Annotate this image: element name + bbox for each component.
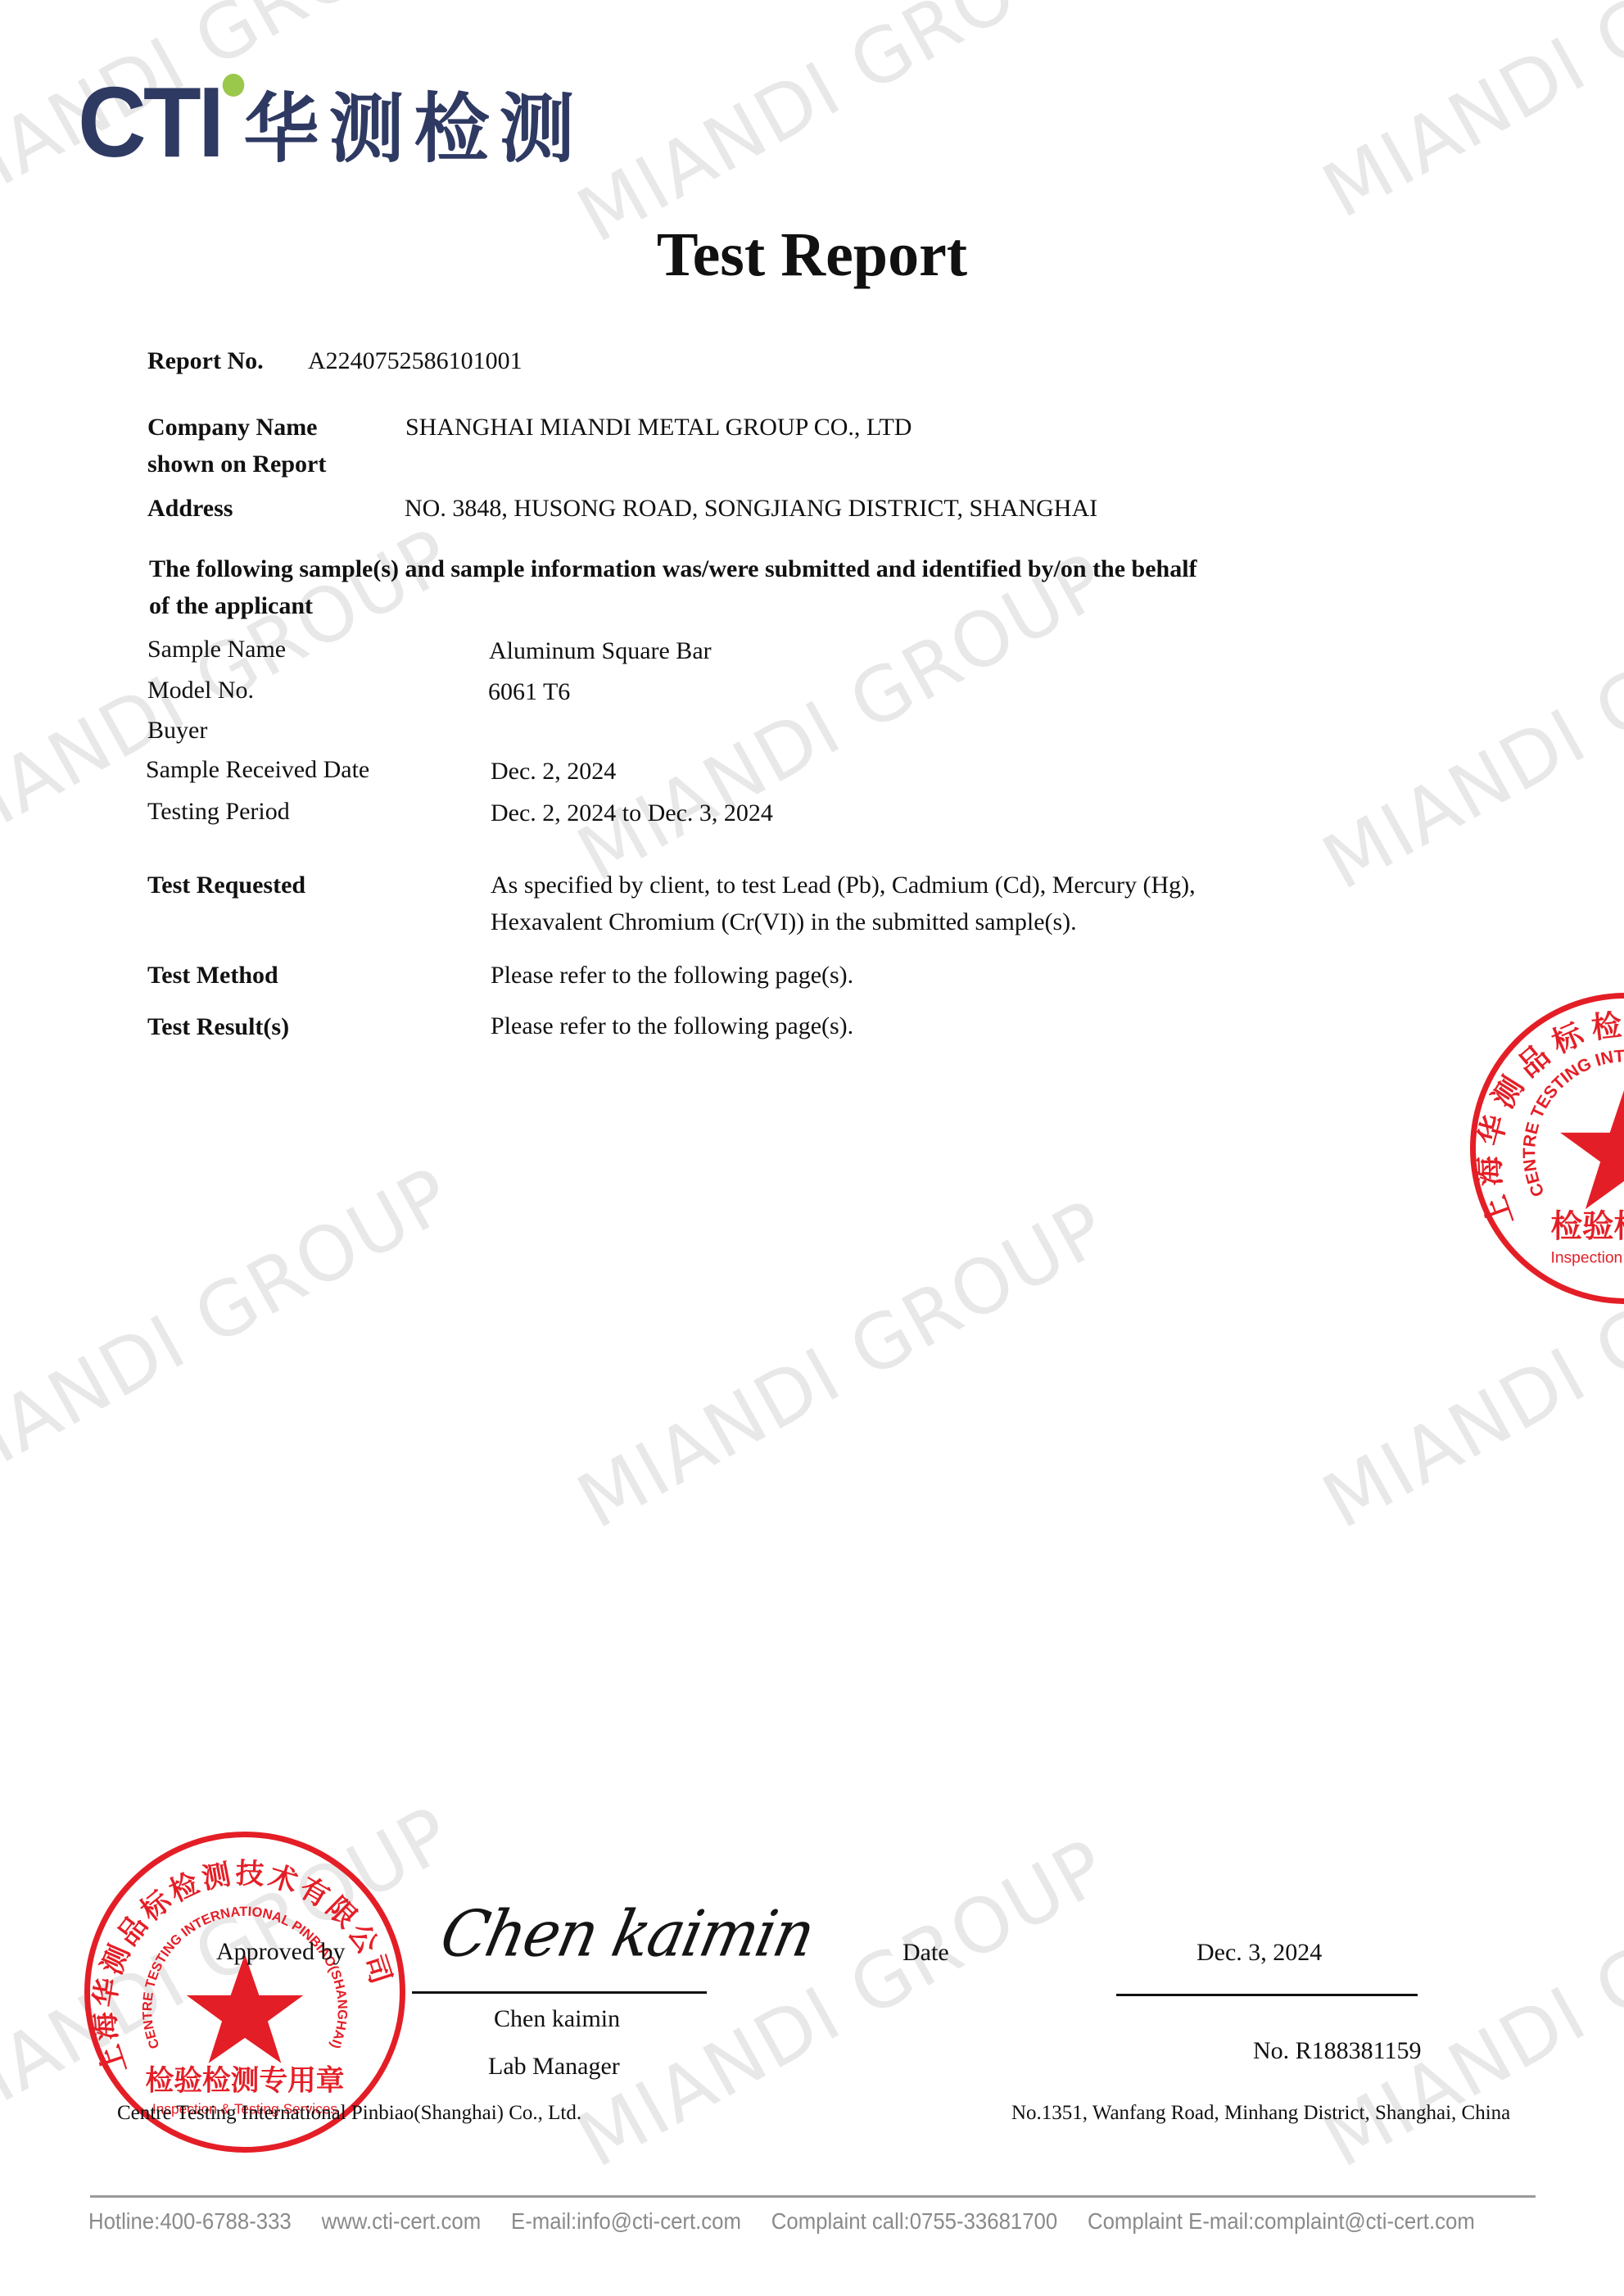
report-no-label: Report No. [147,347,264,375]
test-results-label: Test Result(s) [147,1013,289,1041]
sample-name-label: Sample Name [147,636,286,663]
footer-complaint-call: Complaint call:0755-33681700 [771,2208,1057,2235]
seal-stamp-graphic: 上海华测品标检测技术有限公司 CENTRE TESTING INTERNATIO… [90,1837,400,2147]
svg-text:检验检测专用章: 检验检测专用章 [146,2064,345,2098]
sample-received-date-value: Dec. 2, 2024 [491,758,616,786]
test-results-value: Please refer to the following page(s). [491,1012,853,1040]
watermark: MIANDI GROUP [563,1183,1122,1546]
page-title: Test Report [0,220,1624,291]
footer-divider [90,2195,1536,2198]
footer-website: www.cti-cert.com [322,2208,482,2235]
svg-text:Inspection & Testing Services: Inspection & Testing Services [1551,1250,1624,1267]
watermark: MIANDI GROUP [1309,544,1624,907]
svg-text:检验检测: 检验检测 [1551,1208,1624,1245]
footer-email: E-mail:info@cti-cert.com [511,2208,741,2235]
signature-line [412,1991,707,1994]
logo-chinese-text: 华测检测 [244,92,585,172]
approved-by-label: Approved by [216,1938,345,1966]
test-report-page: MIANDI GROUP MIANDI GROUP MIANDI GROUP M… [0,0,1624,2296]
footer-hotline: Hotline:400-6788-333 [88,2208,292,2235]
logo-cti-text: CTI [78,72,221,172]
footer-contact: Hotline:400-6788-333 www.cti-cert.com E-… [88,2208,1475,2235]
watermark: MIANDI GROUP [563,1822,1122,2185]
address-label: Address [147,495,233,523]
statement-line2: of the applicant [149,592,313,620]
approver-role: Lab Manager [488,2053,620,2081]
date-line [1116,1994,1418,1996]
test-requested-line2: Hexavalent Chromium (Cr(VI)) in the subm… [491,908,1077,936]
signature: Chen kaimin [434,1897,820,1971]
lab-address: No.1351, Wanfang Road, Minhang District,… [1011,2102,1510,2125]
company-value: SHANGHAI MIANDI METAL GROUP CO., LTD [405,414,912,442]
model-no-label: Model No. [147,677,254,704]
company-label-line2: shown on Report [147,451,326,478]
approver-name: Chen kaimin [494,2005,620,2033]
lab-company-name: Centre Testing International Pinbiao(Sha… [117,2102,581,2125]
model-no-value: 6061 T6 [488,678,570,706]
test-requested-line1: As specified by client, to test Lead (Pb… [491,872,1196,899]
date-label: Date [902,1939,949,1967]
watermark: MIANDI GROUP [0,1150,467,1513]
testing-period-label: Testing Period [147,798,290,826]
statement-line1: The following sample(s) and sample infor… [149,555,1197,583]
company-label: Company Name [147,414,318,442]
buyer-label: Buyer [147,717,207,745]
sample-name-value: Aluminum Square Bar [489,637,712,665]
cti-logo: CTI 华测检测 [78,61,585,172]
testing-period-value: Dec. 2, 2024 to Dec. 3, 2024 [491,799,773,827]
report-no-value: A2240752586101001 [308,347,522,375]
test-method-value: Please refer to the following page(s). [491,962,853,989]
address-value: NO. 3848, HUSONG ROAD, SONGJIANG DISTRIC… [405,495,1097,523]
official-seal-stamp: 上海华测品标检测 CENTRE TESTING INTERNATIONAL 检验… [1470,993,1624,1304]
watermark: MIANDI GROUP [1309,1822,1624,2185]
test-method-label: Test Method [147,962,278,989]
date-value: Dec. 3, 2024 [1197,1939,1322,1967]
footer-complaint-email: Complaint E-mail:complaint@cti-cert.com [1088,2208,1475,2235]
watermark: MIANDI GROUP [1309,0,1624,235]
sample-received-date-label: Sample Received Date [146,756,369,784]
test-requested-label: Test Requested [147,872,305,899]
watermark: MIANDI GROUP [563,536,1122,899]
seal-stamp-graphic: 上海华测品标检测 CENTRE TESTING INTERNATIONAL 检验… [1476,999,1624,1298]
logo-dot-icon [223,74,245,97]
serial-number: No. R188381159 [1253,2037,1422,2065]
